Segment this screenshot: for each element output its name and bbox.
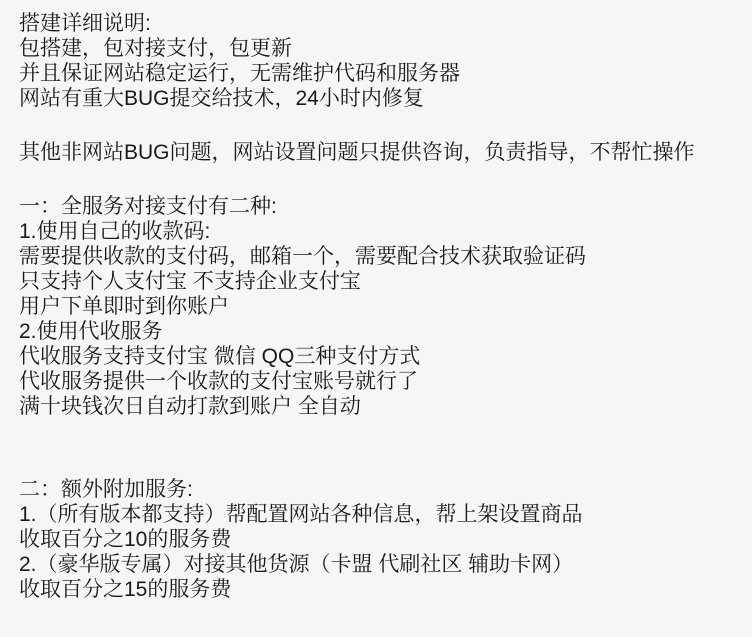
text-line: 并且保证网站稳定运行，无需维护代码和服务器 [19, 61, 742, 86]
text-line: 代收服务支持支付宝 微信 QQ三种支付方式 [19, 344, 742, 369]
text-line: 2.（豪华版专属）对接其他货源（卡盟 代刷社区 辅助卡网） [19, 552, 742, 577]
blank-line [19, 111, 742, 140]
text-line: 一：全服务对接支付有二种: [19, 194, 742, 219]
text-line: 网站有重大BUG提交给技术，24小时内修复 [19, 86, 742, 111]
text-line: 1.（所有版本都支持）帮配置网站各种信息，帮上架设置商品 [19, 502, 742, 527]
text-line: 二：额外附加服务: [19, 477, 742, 502]
text-line: 代收服务提供一个收款的支付宝账号就行了 [19, 369, 742, 394]
blank-line [19, 448, 742, 477]
blank-line [19, 419, 742, 448]
text-line: 收取百分之15的服务费 [19, 577, 742, 602]
text-line: 只支持个人支付宝 不支持企业支付宝 [19, 269, 742, 294]
text-line: 满十块钱次日自动打款到账户 全自动 [19, 394, 742, 419]
text-line: 2.使用代收服务 [19, 319, 742, 344]
text-line: 搭建详细说明: [19, 11, 742, 36]
text-line: 需要提供收款的支付码，邮箱一个，需要配合技术获取验证码 [19, 244, 742, 269]
text-line: 其他非网站BUG问题，网站设置问题只提供咨询，负责指导，不帮忙操作 [19, 140, 742, 165]
text-line: 1.使用自己的收款码: [19, 219, 742, 244]
text-lines: 搭建详细说明:包搭建，包对接支付，包更新并且保证网站稳定运行，无需维护代码和服务… [19, 11, 742, 602]
document-page: 搭建详细说明:包搭建，包对接支付，包更新并且保证网站稳定运行，无需维护代码和服务… [0, 0, 752, 637]
blank-line [19, 165, 742, 194]
text-line: 用户下单即时到你账户 [19, 294, 742, 319]
text-line: 收取百分之10的服务费 [19, 527, 742, 552]
text-line: 包搭建，包对接支付，包更新 [19, 36, 742, 61]
